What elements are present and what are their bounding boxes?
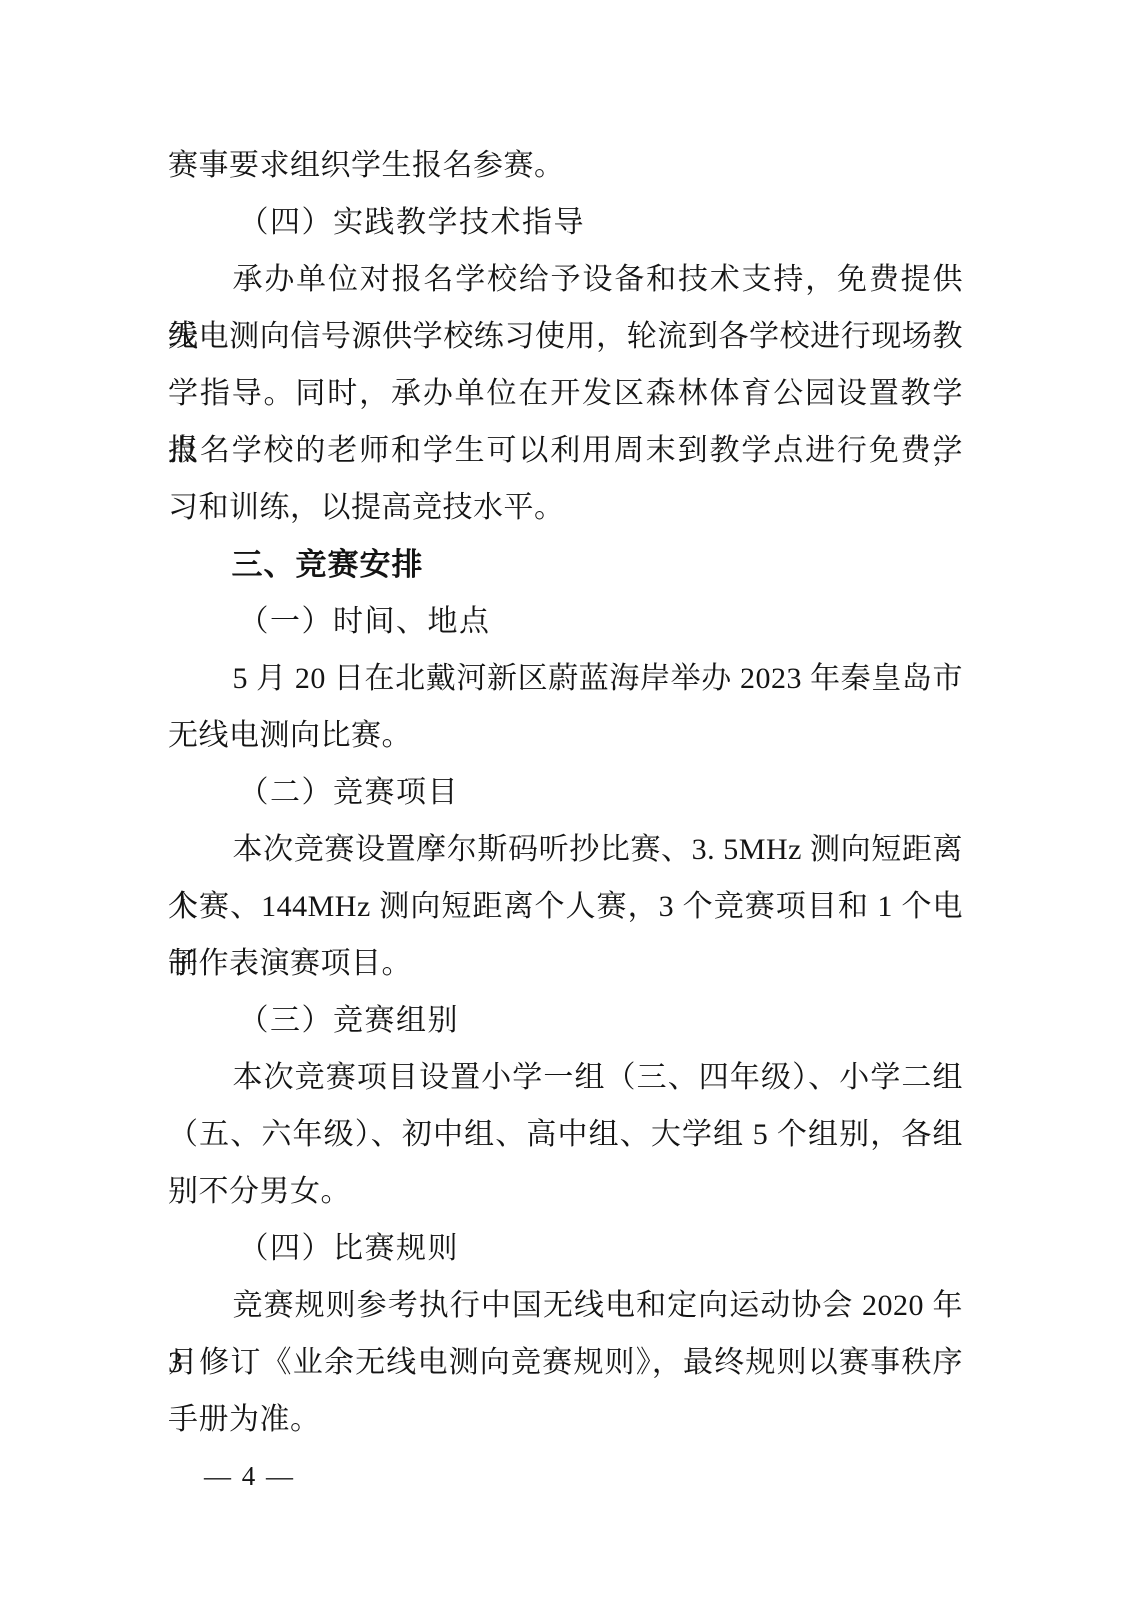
body-text-line: 无线电测向比赛。 xyxy=(168,707,963,764)
body-text-line: 竞赛规则参考执行中国无线电和定向运动协会 2020 年 3 xyxy=(168,1277,963,1334)
paragraph: （四）实践教学技术指导 xyxy=(168,194,963,251)
paragraph: 赛事要求组织学生报名参赛。 xyxy=(168,137,963,194)
paragraph: （一）时间、地点 xyxy=(168,593,963,650)
subsection-heading: （一）时间、地点 xyxy=(168,593,963,650)
page-number: — 4 — xyxy=(168,1448,963,1505)
paragraph: （三）竞赛组别 xyxy=(168,992,963,1049)
paragraph: 5 月 20 日在北戴河新区蔚蓝海岸举办 2023 年秦皇岛市 无线电测向比赛。 xyxy=(168,650,963,764)
document-page: 赛事要求组织学生报名参赛。 （四）实践教学技术指导 承办单位对报名学校给予设备和… xyxy=(0,0,1131,1600)
body-text-line: 承办单位对报名学校给予设备和技术支持，免费提供无 xyxy=(168,251,963,308)
body-text-line: 报名学校的老师和学生可以利用周末到教学点进行免费学 xyxy=(168,422,963,479)
paragraph: 承办单位对报名学校给予设备和技术支持，免费提供无 线电测向信号源供学校练习使用，… xyxy=(168,251,963,536)
subsection-heading: （四）比赛规则 xyxy=(168,1220,963,1277)
body-text-line: 人赛、144MHz 测向短距离个人赛，3 个竞赛项目和 1 个电子 xyxy=(168,878,963,935)
body-text-line: 制作表演赛项目。 xyxy=(168,935,963,992)
body-text-line: 5 月 20 日在北戴河新区蔚蓝海岸举办 2023 年秦皇岛市 xyxy=(168,650,963,707)
body-text-line: 习和训练，以提高竞技水平。 xyxy=(168,479,963,536)
paragraph: 三、竞赛安排 xyxy=(168,536,963,593)
body-text-line: 月修订《业余无线电测向竞赛规则》，最终规则以赛事秩序 xyxy=(168,1334,963,1391)
paragraph: （四）比赛规则 xyxy=(168,1220,963,1277)
body-text-line: 线电测向信号源供学校练习使用，轮流到各学校进行现场教 xyxy=(168,308,963,365)
paragraph: 本次竞赛设置摩尔斯码听抄比赛、3. 5MHz 测向短距离个 人赛、144MHz … xyxy=(168,821,963,992)
body-text-line: 本次竞赛设置摩尔斯码听抄比赛、3. 5MHz 测向短距离个 xyxy=(168,821,963,878)
section-heading: 三、竞赛安排 xyxy=(168,536,963,593)
body-text-line: 学指导。同时，承办单位在开发区森林体育公园设置教学点， xyxy=(168,365,963,422)
body-text-line: 赛事要求组织学生报名参赛。 xyxy=(168,137,963,194)
subsection-heading: （四）实践教学技术指导 xyxy=(168,194,963,251)
body-text-line: 手册为准。 xyxy=(168,1391,963,1448)
paragraph: 竞赛规则参考执行中国无线电和定向运动协会 2020 年 3 月修订《业余无线电测… xyxy=(168,1277,963,1448)
paragraph: （二）竞赛项目 xyxy=(168,764,963,821)
document-content: 赛事要求组织学生报名参赛。 （四）实践教学技术指导 承办单位对报名学校给予设备和… xyxy=(168,137,963,1505)
subsection-heading: （三）竞赛组别 xyxy=(168,992,963,1049)
subsection-heading: （二）竞赛项目 xyxy=(168,764,963,821)
body-text-line: （五、六年级）、初中组、高中组、大学组 5 个组别，各组 xyxy=(168,1106,963,1163)
body-text-line: 别不分男女。 xyxy=(168,1163,963,1220)
body-text-line: 本次竞赛项目设置小学一组（三、四年级）、小学二组 xyxy=(168,1049,963,1106)
paragraph: 本次竞赛项目设置小学一组（三、四年级）、小学二组 （五、六年级）、初中组、高中组… xyxy=(168,1049,963,1220)
